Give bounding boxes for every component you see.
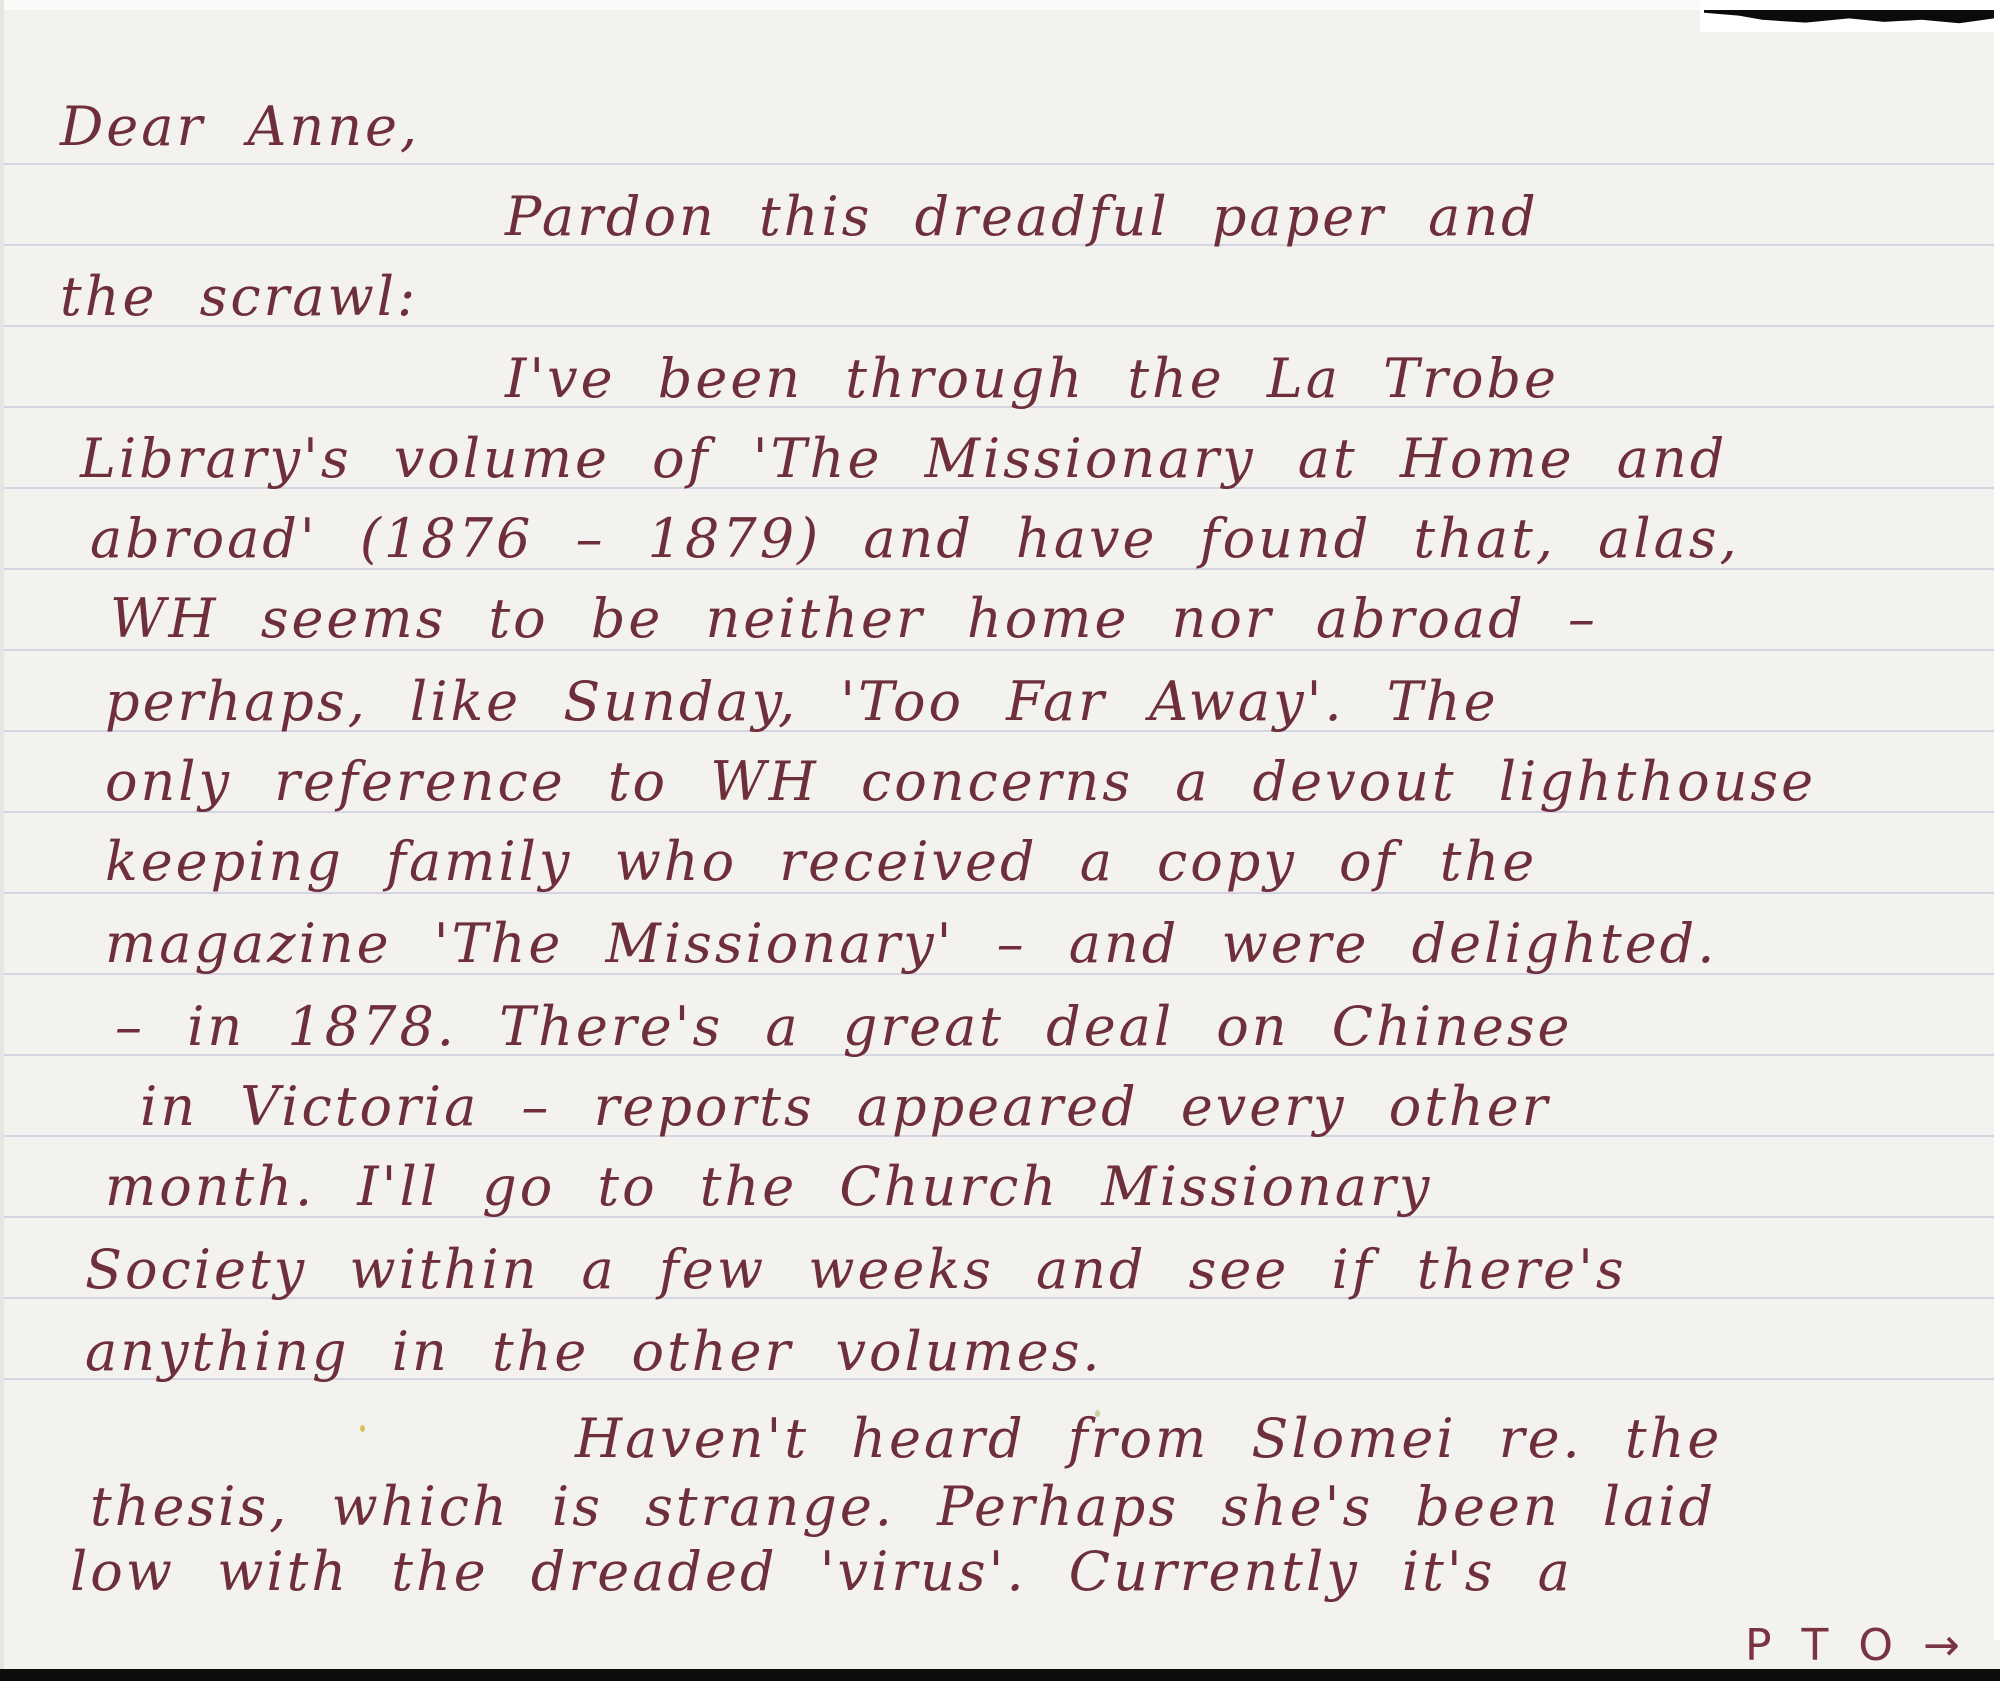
letter-line: perhaps, like Sunday, 'Too Far Away'. Th… <box>105 675 1499 729</box>
paper-speck <box>360 1425 365 1432</box>
letter-line: Haven't heard from Slomei re. the <box>575 1412 1722 1466</box>
paper-speck <box>1095 1410 1100 1417</box>
letter-line: Library's volume of 'The Missionary at H… <box>80 432 1727 486</box>
torn-edge-top-right <box>1700 0 2000 32</box>
letter-line: only reference to WH concerns a devout l… <box>105 755 1816 809</box>
letter-line: I've been through the La Trobe <box>505 352 1559 406</box>
paper-left-edge <box>0 0 4 1689</box>
letter-line: anything in the other volumes. <box>85 1325 1103 1379</box>
letter-page: Dear Anne, Pardon this dreadful paper an… <box>0 0 2000 1689</box>
letter-line: WH seems to be neither home nor abroad – <box>110 592 1598 646</box>
letter-line: month. I'll go to the Church Missionary <box>105 1160 1432 1214</box>
letter-line: the scrawl: <box>60 270 418 324</box>
letter-line: low with the dreaded 'virus'. Currently … <box>70 1545 1573 1599</box>
letter-line: keeping family who received a copy of th… <box>105 835 1537 889</box>
letter-line: magazine 'The Missionary' – and were del… <box>105 917 1717 971</box>
letter-line: thesis, which is strange. Perhaps she's … <box>90 1480 1716 1534</box>
letter-line: Pardon this dreadful paper and <box>505 190 1539 244</box>
letter-line: – in 1878. There's a great deal on Chine… <box>115 1000 1573 1054</box>
letter-line: in Victoria – reports appeared every oth… <box>140 1080 1550 1134</box>
letter-line: Society within a few weeks and see if th… <box>85 1243 1627 1297</box>
salutation: Dear Anne, <box>60 100 420 154</box>
paper-right-edge <box>1994 0 2000 1640</box>
please-turn-over-note: P T O → <box>1745 1620 1968 1671</box>
ruled-line <box>4 163 1994 165</box>
scan-bottom-margin <box>0 1681 2000 1689</box>
letter-line: abroad' (1876 – 1879) and have found tha… <box>90 512 1740 566</box>
